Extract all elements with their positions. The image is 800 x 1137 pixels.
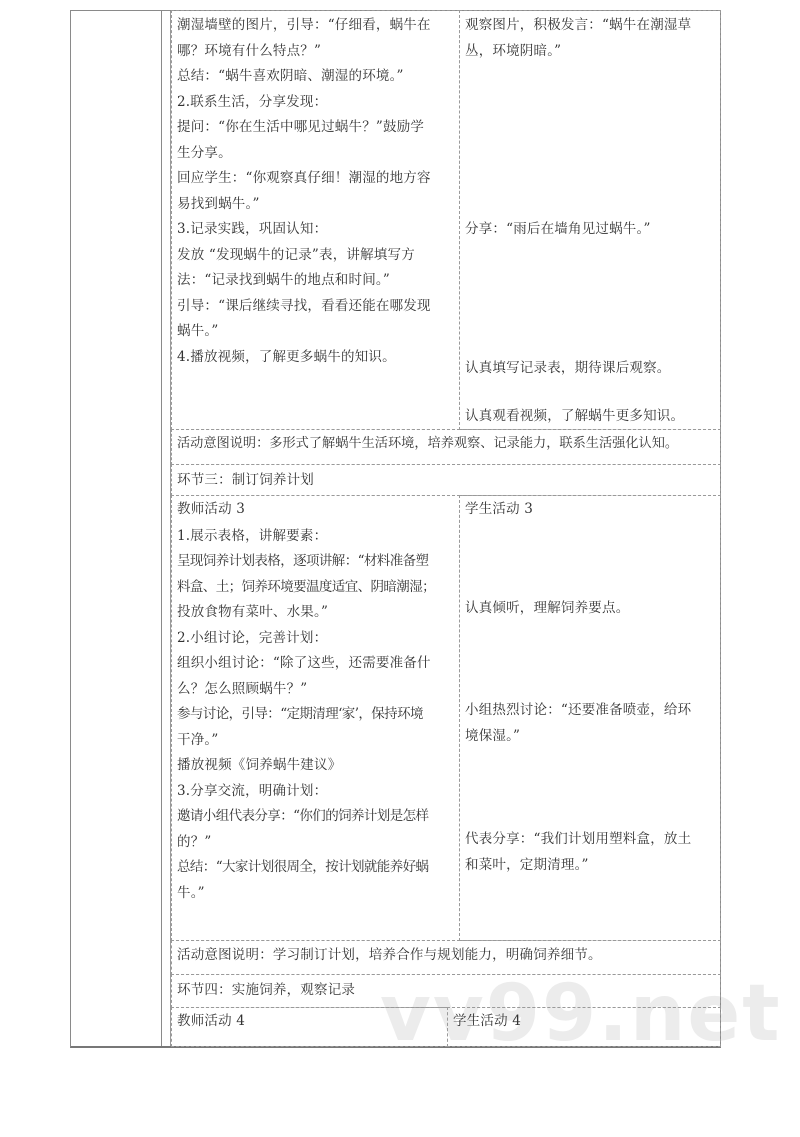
teacher-activity-header: 教师活动 3 (177, 497, 454, 523)
text-line: 发放 “发现蜗牛的记录”表，讲解填写方 (177, 243, 454, 269)
text-line: 哪？环境有什么特点？” (177, 39, 454, 65)
text-line: 投放食物有菜叶、水果。” (177, 600, 454, 626)
section4-teacher-cell: 教师活动 4 (171, 1007, 448, 1047)
text-line: 境保湿。” (465, 724, 691, 750)
text-line: 观察图片，积极发言：“蜗牛在潮湿草 (465, 13, 691, 39)
section2-intent-cell: 活动意图说明：多形式了解蜗牛生活环境，培养观察、记录能力，联系生活强化认知。 (171, 429, 721, 465)
text-line: 易找到蜗牛。” (177, 192, 454, 218)
text-line: 总结：“大家计划很周全，按计划就能养好蜗 (177, 855, 454, 881)
text-line: 邀请小组代表分享：“你们的饲养计划是怎样 (177, 804, 454, 830)
section2-teacher-cell: 潮湿墙壁的图片，引导：“仔细看，蜗牛在 哪？环境有什么特点？” 总结：“蜗牛喜欢… (171, 10, 460, 430)
section4-student-cell: 学生活动 4 (447, 1007, 721, 1047)
text-line: 组织小组讨论：“除了这些，还需要准备什 (177, 651, 454, 677)
text-line: 牛。” (177, 881, 454, 907)
section-title: 环节三：制订饲养计划 (177, 465, 715, 495)
document-page: vv99.net 潮湿墙壁的图片，引导：“仔细看，蜗牛在 哪？环境有什么特点？”… (0, 0, 800, 1137)
section-title: 环节四：实施饲养，观察记录 (177, 975, 715, 1005)
section4-title-cell: 环节四：实施饲养，观察记录 (171, 974, 721, 1008)
text-line: 小组热烈讨论：“还要准备喷壶，给环 (465, 698, 691, 724)
text-line: 回应学生：“你观察真仔细！潮湿的地方容 (177, 166, 454, 192)
text-line: 播放视频《饲养蜗牛建议》 (177, 753, 454, 779)
section3-teacher-cell: 教师活动 3 1.展示表格，讲解要素： 呈现饲养计划表格，逐项讲解：“材料准备塑… (171, 495, 460, 941)
section3-title-cell: 环节三：制订饲养计划 (171, 464, 721, 496)
section3-student-cell: 学生活动 3 认真倾听，理解饲养要点。 小组热烈讨论：“还要准备喷壶，给环 境保… (459, 495, 721, 941)
text-line: 蜗牛。” (177, 319, 454, 345)
student-activity-header: 学生活动 4 (453, 1008, 715, 1035)
text-line: 参与讨论，引导：“定期清理‘家’，保持环境 (177, 702, 454, 728)
text-line: 生分享。 (177, 141, 454, 167)
text-line: 3.记录实践，巩固认知： (177, 217, 454, 243)
section2-student-cell: 观察图片，积极发言：“蜗牛在潮湿草 丛，环境阴暗。” 分享：“雨后在墙角见过蜗牛… (459, 10, 721, 430)
text-line: 和菜叶，定期清理。” (465, 853, 691, 879)
text-line: 3.分享交流，明确计划： (177, 779, 454, 805)
activity-intent: 活动意图说明：多形式了解蜗牛生活环境，培养观察、记录能力，联系生活强化认知。 (177, 431, 715, 457)
text-line: 法：“记录找到蜗牛的地点和时间。” (177, 268, 454, 294)
text-line: 认真倾听，理解饲养要点。 (465, 596, 629, 622)
text-line: 认真填写记录表，期待课后观察。 (465, 356, 671, 382)
text-line: 4.播放视频，了解更多蜗牛的知识。 (177, 345, 454, 371)
text-line: 总结：“蜗牛喜欢阴暗、潮湿的环境。” (177, 64, 454, 90)
text-line: 2.联系生活，分享发现： (177, 90, 454, 116)
activity-intent: 活动意图说明：学习制订计划，培养合作与规划能力，明确饲养细节。 (177, 941, 715, 969)
text-line: 提问：“你在生活中哪见过蜗牛？”鼓励学 (177, 115, 454, 141)
text-line: 1.展示表格，讲解要素： (177, 524, 454, 550)
text-line: 潮湿墙壁的图片，引导：“仔细看，蜗牛在 (177, 13, 454, 39)
text-line: 呈现饲养计划表格，逐项讲解：“材料准备塑 (177, 549, 454, 575)
text-line: 认真观看视频，了解蜗牛更多知识。 (465, 404, 684, 430)
text-line: 分享：“雨后在墙角见过蜗牛。” (465, 217, 651, 243)
text-line: 2.小组讨论，完善计划： (177, 626, 454, 652)
text-line: 么？怎么照顾蜗牛？” (177, 677, 454, 703)
text-line: 代表分享：“我们计划用塑料盒，放土 (465, 827, 691, 853)
text-line: 干净。” (177, 728, 454, 754)
text-line: 的？” (177, 830, 454, 856)
student-activity-header: 学生活动 3 (465, 497, 533, 523)
section3-intent-cell: 活动意图说明：学习制订计划，培养合作与规划能力，明确饲养细节。 (171, 940, 721, 975)
text-line: 丛，环境阴暗。” (465, 39, 691, 65)
teacher-activity-header: 教师活动 4 (177, 1008, 442, 1035)
text-line: 引导：“课后继续寻找，看看还能在哪发现 (177, 294, 454, 320)
text-line: 料盒、土；饲养环境要温度适宜、阴暗潮湿； (177, 575, 454, 601)
